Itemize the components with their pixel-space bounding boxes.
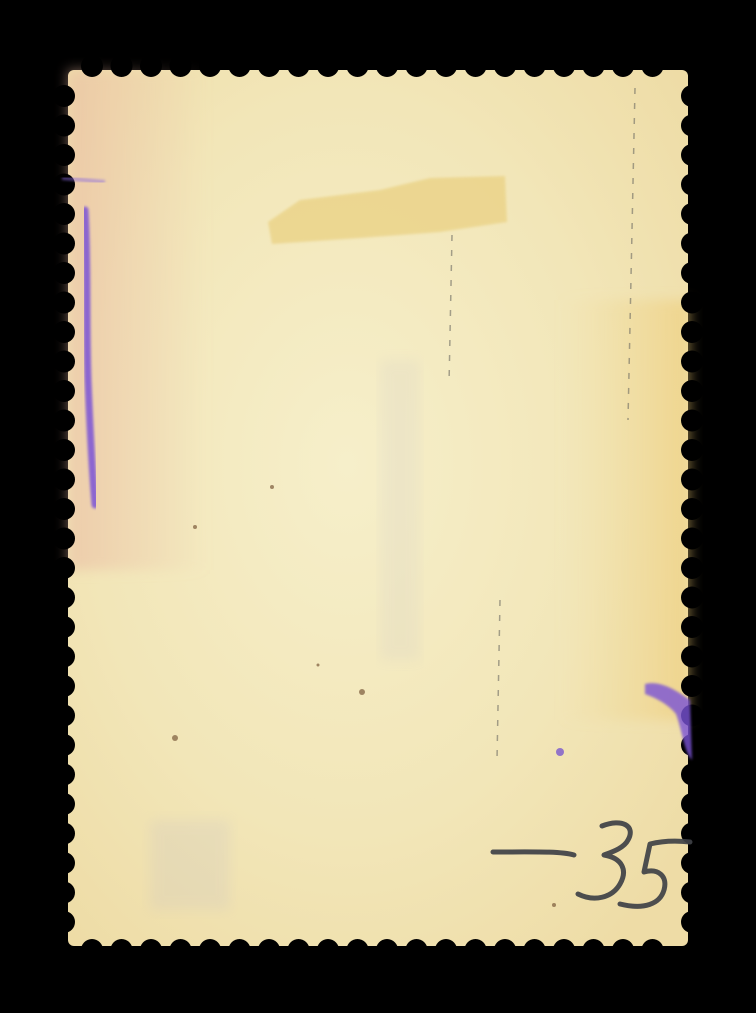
stamp-photo: —35 (0, 0, 756, 1013)
